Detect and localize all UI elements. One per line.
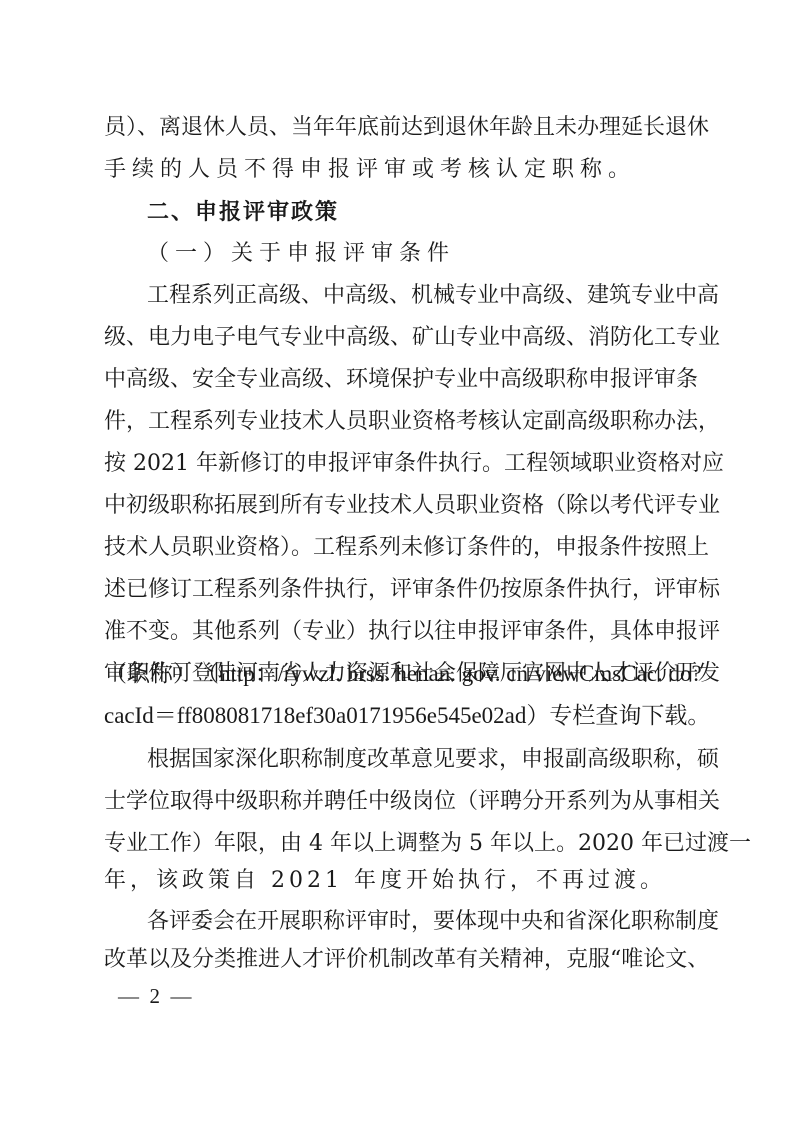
url-line: （职称） （http：//ywzl. hrss. henan. gov. cn/… [104, 659, 691, 689]
text-line: 按 2021 年新修订的申报评审条件执行。工程领域职业资格对应 [104, 449, 691, 479]
text-line: 手续的人员不得申报评审或考核认定职称。 [104, 155, 691, 185]
text-line: 士学位取得中级职称并聘任中级岗位（评聘分开系列为从事相关 [104, 787, 691, 817]
text-line: 年，该政策自 2021 年度开始执行，不再过渡。 [104, 866, 691, 896]
text-line: 各评委会在开展职称评审时，要体现中央和省深化职称制度 [147, 907, 691, 937]
subsection-heading: （一）关于申报评审条件 [147, 239, 691, 269]
text-line: 改革以及分类推进人才评价机制改革有关精神，克服“唯论文、 [104, 945, 691, 975]
text-line: 级、电力电子电气专业中高级、矿山专业中高级、消防化工专业 [104, 323, 691, 353]
text-line: 中初级职称拓展到所有专业技术人员职业资格（除以考代评专业 [104, 491, 691, 521]
page-number: — 2 — [118, 982, 192, 1010]
text-line: 中高级、安全专业高级、环境保护专业中高级职称申报评审条 [104, 365, 691, 395]
text-line: 工程系列正高级、中高级、机械专业中高级、建筑专业中高 [147, 281, 691, 311]
section-heading: 二、申报评审政策 [147, 197, 691, 227]
document-page: 员）、离退休人员、当年年底前达到退休年龄且未办理延长退休 手续的人员不得申报评审… [0, 0, 793, 1122]
text-line: 技术人员职业资格）。工程系列未修订条件的，申报条件按照上 [104, 533, 691, 563]
text-line: 根据国家深化职称制度改革意见要求，申报副高级职称，硕 [147, 745, 691, 775]
text-line: 述已修订工程系列条件执行，评审条件仍按原条件执行，评审标 [104, 575, 691, 605]
text-line: 件，工程系列专业技术人员职业资格考核认定副高级职称办法， [104, 407, 691, 437]
url-line: cacId＝ff808081718ef30a0171956e545e02ad）专… [104, 701, 691, 731]
text-line: 员）、离退休人员、当年年底前达到退休年龄且未办理延长退休 [104, 113, 691, 143]
text-line: 专业工作）年限，由 4 年以上调整为 5 年以上。2020 年已过渡一 [104, 829, 691, 859]
text-line: 准不变。其他系列（专业）执行以往申报评审条件，具体申报评 [104, 617, 691, 647]
